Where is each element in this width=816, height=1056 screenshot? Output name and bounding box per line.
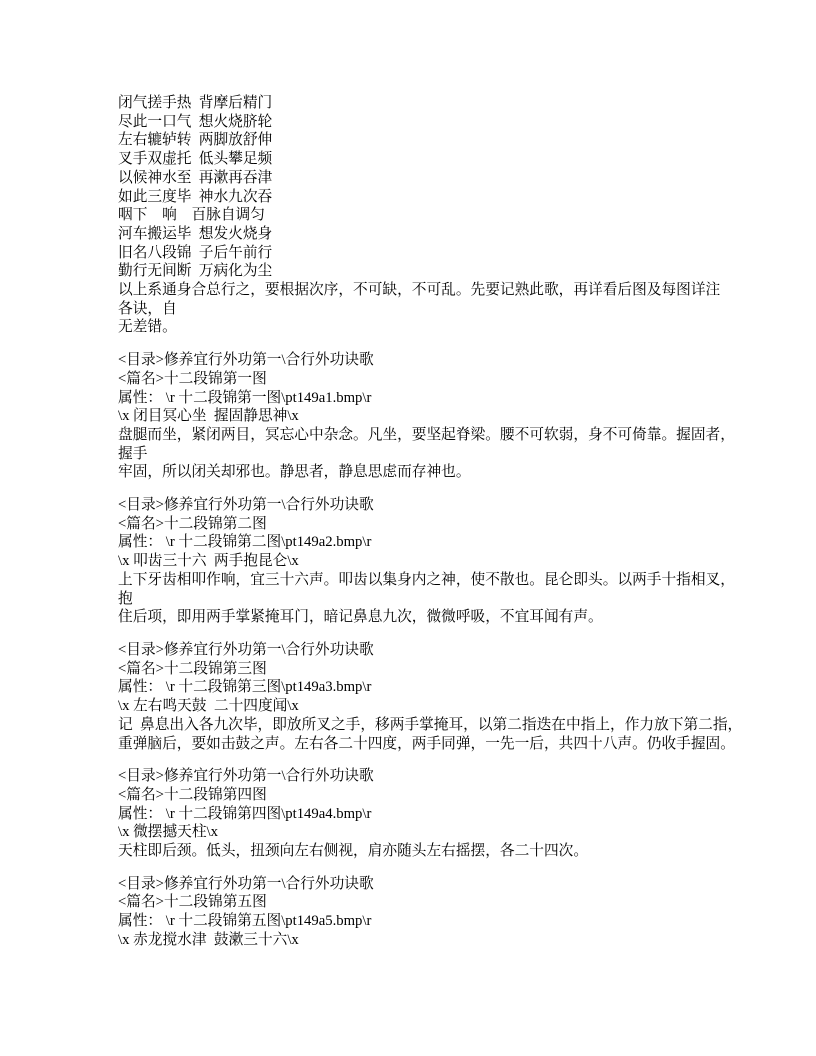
text-line: 属性： \r 十二段锦第二图\pt149a2.bmp\r bbox=[118, 533, 742, 552]
text-line: 旧名八段锦 子后午前行 bbox=[118, 244, 742, 263]
text-line: 属性： \r 十二段锦第四图\pt149a4.bmp\r bbox=[118, 805, 742, 824]
text-line: 牢固，所以闭关却邪也。静思者，静息思虑而存神也。 bbox=[118, 463, 742, 482]
text-line: 属性： \r 十二段锦第三图\pt149a3.bmp\r bbox=[118, 678, 742, 697]
text-line: <目录>修养宜行外功第一\合行外功诀歌 bbox=[118, 351, 742, 370]
verse-and-intro: 闭气搓手热 背摩后精门尽此一口气 想火烧脐轮左右辘轳转 两脚放舒伸叉手双虚托 低… bbox=[118, 94, 742, 337]
text-line: <目录>修养宜行外功第一\合行外功诀歌 bbox=[118, 641, 742, 660]
text-line: 属性： \r 十二段锦第五图\pt149a5.bmp\r bbox=[118, 912, 742, 931]
text-content: 闭气搓手热 背摩后精门尽此一口气 想火烧脐轮左右辘轳转 两脚放舒伸叉手双虚托 低… bbox=[118, 94, 742, 950]
text-line: 属性： \r 十二段锦第一图\pt149a1.bmp\r bbox=[118, 389, 742, 408]
text-line: 各诀，自 bbox=[118, 300, 742, 319]
text-line: 叉手双虚托 低头攀足频 bbox=[118, 150, 742, 169]
text-line: 无差错。 bbox=[118, 318, 742, 337]
text-line: 以上系通身合总行之，要根据次序，不可缺，不可乱。先要记熟此歌，再详看后图及每图详… bbox=[118, 281, 742, 300]
text-line: 握手 bbox=[118, 445, 742, 464]
section-diagram-5: <目录>修养宜行外功第一\合行外功诀歌<篇名>十二段锦第五图属性： \r 十二段… bbox=[118, 875, 742, 950]
text-line: <篇名>十二段锦第三图 bbox=[118, 660, 742, 679]
text-line: <篇名>十二段锦第二图 bbox=[118, 515, 742, 534]
text-line: 抱 bbox=[118, 590, 742, 609]
text-line: \x 闭目冥心坐 握固静思神\x bbox=[118, 407, 742, 426]
text-line: \x 赤龙搅水津 鼓漱三十六\x bbox=[118, 931, 742, 950]
text-line: 尽此一口气 想火烧脐轮 bbox=[118, 113, 742, 132]
section-diagram-2: <目录>修养宜行外功第一\合行外功诀歌<篇名>十二段锦第二图属性： \r 十二段… bbox=[118, 496, 742, 627]
text-line: 天柱即后颈。低头，扭颈向左右侧视，肩亦随头左右摇摆，各二十四次。 bbox=[118, 842, 742, 861]
text-line: 上下牙齿相叩作响，宜三十六声。叩齿以集身内之神，使不散也。昆仑即头。以两手十指相… bbox=[118, 571, 742, 590]
text-line: 盘腿而坐，紧闭两目，冥忘心中杂念。凡坐，要坚起脊梁。腰不可软弱，身不可倚靠。握固… bbox=[118, 426, 742, 445]
text-line: 咽下 响 百脉自调匀 bbox=[118, 206, 742, 225]
text-line: 左右辘轳转 两脚放舒伸 bbox=[118, 131, 742, 150]
document-page: 闭气搓手热 背摩后精门尽此一口气 想火烧脐轮左右辘轳转 两脚放舒伸叉手双虚托 低… bbox=[0, 0, 816, 1056]
text-line: \x 微摆撼天柱\x bbox=[118, 823, 742, 842]
text-line: <篇名>十二段锦第四图 bbox=[118, 786, 742, 805]
text-line: <篇名>十二段锦第一图 bbox=[118, 370, 742, 389]
section-diagram-1: <目录>修养宜行外功第一\合行外功诀歌<篇名>十二段锦第一图属性： \r 十二段… bbox=[118, 351, 742, 482]
text-line: <目录>修养宜行外功第一\合行外功诀歌 bbox=[118, 875, 742, 894]
text-line: 住后项，即用两手掌紧掩耳门，暗记鼻息九次，微微呼吸，不宜耳闻有声。 bbox=[118, 608, 742, 627]
text-line: 如此三度毕 神水九次吞 bbox=[118, 188, 742, 207]
text-line: 闭气搓手热 背摩后精门 bbox=[118, 94, 742, 113]
text-line: <目录>修养宜行外功第一\合行外功诀歌 bbox=[118, 496, 742, 515]
section-diagram-3: <目录>修养宜行外功第一\合行外功诀歌<篇名>十二段锦第三图属性： \r 十二段… bbox=[118, 641, 742, 753]
text-line: 重弹脑后，要如击鼓之声。左右各二十四度，两手同弹，一先一后，共四十八声。仍收手握… bbox=[118, 735, 742, 754]
text-line: 记 鼻息出入各九次毕，即放所叉之手，移两手掌掩耳，以第二指迭在中指上，作力放下第… bbox=[118, 716, 742, 735]
text-line: \x 叩齿三十六 两手抱昆仑\x bbox=[118, 552, 742, 571]
text-line: \x 左右鸣天鼓 二十四度闻\x bbox=[118, 697, 742, 716]
text-line: 勤行无间断 万病化为尘 bbox=[118, 262, 742, 281]
text-line: 河车搬运毕 想发火烧身 bbox=[118, 225, 742, 244]
section-diagram-4: <目录>修养宜行外功第一\合行外功诀歌<篇名>十二段锦第四图属性： \r 十二段… bbox=[118, 767, 742, 861]
text-line: <目录>修养宜行外功第一\合行外功诀歌 bbox=[118, 767, 742, 786]
text-line: <篇名>十二段锦第五图 bbox=[118, 893, 742, 912]
text-line: 以候神水至 再漱再吞津 bbox=[118, 169, 742, 188]
